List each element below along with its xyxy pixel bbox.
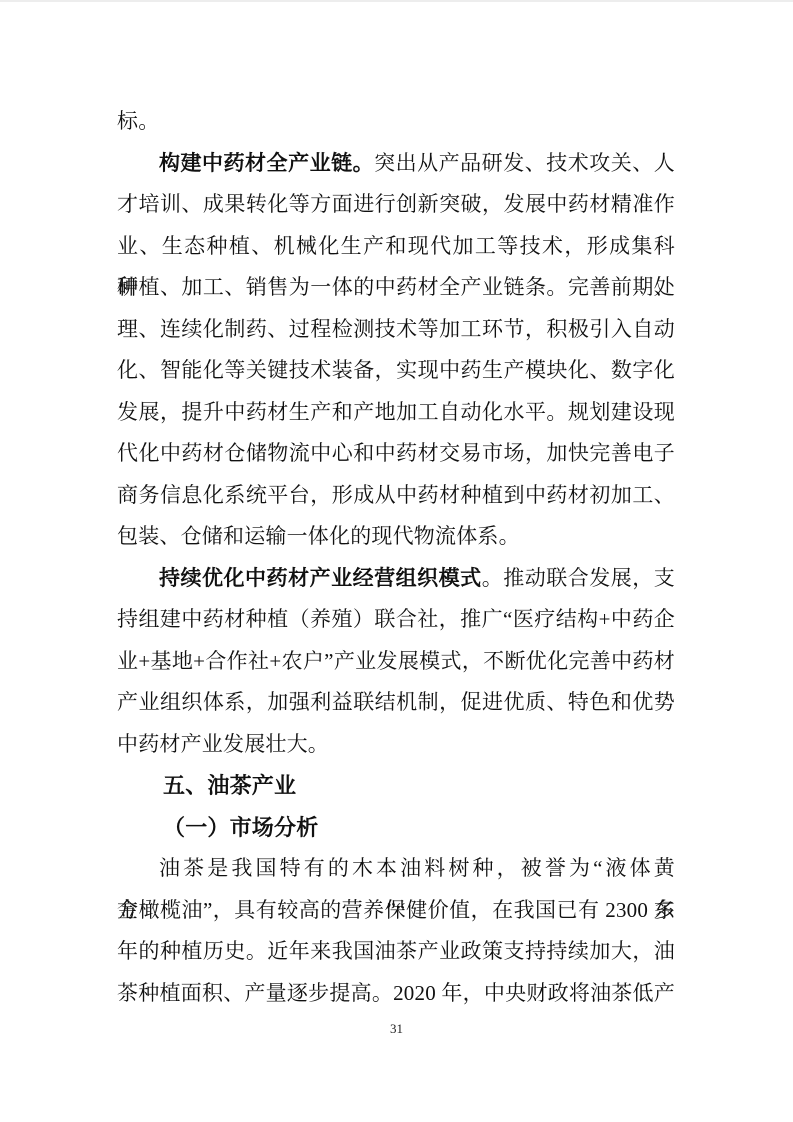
text-line: 产业组织体系，加强利益联结机制，促进优质、特色和优势	[117, 682, 675, 724]
text-segment: 持组建中药材种植（养殖）联合社，推广“医疗结构+中药企	[117, 607, 675, 631]
heading-line: （一）市场分析	[117, 807, 675, 849]
text-segment: 产业组织体系，加强利益联结机制，促进优质、特色和优势	[117, 690, 675, 714]
text-line: 业、生态种植、机械化生产和现代加工等技术，形成集科研、	[117, 226, 675, 268]
bold-text-segment: 构建中药材全产业链。	[159, 151, 374, 175]
document-text-block: 标。构建中药材全产业链。突出从产品研发、技术攻关、人才培训、成果转化等方面进行创…	[117, 101, 675, 1014]
text-segment: 。推动联合发展，支	[482, 566, 675, 590]
text-line: 商务信息化系统平台，形成从中药材种植到中药材初加工、	[117, 475, 675, 517]
text-line: 业+基地+合作社+农户”产业发展模式，不断优化完善中药材	[117, 641, 675, 683]
text-segment: 化、智能化等关键技术装备，实现中药生产模块化、数字化	[117, 358, 675, 382]
text-segment: 中药材产业发展壮大。	[117, 732, 329, 756]
text-segment: 种植、加工、销售为一体的中药材全产业链条。完善前期处	[117, 275, 675, 299]
text-segment: 方橄榄油”，具有较高的营养保健价值，在我国已有 2300 多	[117, 898, 675, 922]
text-line: 持续优化中药材产业经营组织模式。推动联合发展，支	[117, 558, 675, 600]
heading-line: 五、油茶产业	[117, 765, 675, 807]
text-segment: 包装、仓储和运输一体化的现代物流体系。	[117, 524, 520, 548]
text-segment: 业+基地+合作社+农户”产业发展模式，不断优化完善中药材	[117, 649, 675, 673]
text-line: 方橄榄油”，具有较高的营养保健价值，在我国已有 2300 多	[117, 890, 675, 932]
text-line: 发展，提升中药材生产和产地加工自动化水平。规划建设现	[117, 392, 675, 434]
text-line: 种植、加工、销售为一体的中药材全产业链条。完善前期处	[117, 267, 675, 309]
document-page: 标。构建中药材全产业链。突出从产品研发、技术攻关、人才培训、成果转化等方面进行创…	[0, 0, 793, 1122]
bold-text-segment: 五、油茶产业	[163, 773, 296, 798]
text-line: 持组建中药材种植（养殖）联合社，推广“医疗结构+中药企	[117, 599, 675, 641]
text-line: 才培训、成果转化等方面进行创新突破，发展中药材精准作	[117, 184, 675, 226]
text-segment: 商务信息化系统平台，形成从中药材种植到中药材初加工、	[117, 483, 675, 507]
text-segment: 标。	[117, 109, 159, 133]
text-segment: 发展，提升中药材生产和产地加工自动化水平。规划建设现	[117, 400, 675, 424]
text-line: 油茶是我国特有的木本油料树种，被誉为“液体黄金”“东	[117, 848, 675, 890]
text-segment: 才培训、成果转化等方面进行创新突破，发展中药材精准作	[117, 192, 675, 216]
text-segment: 突出从产品研发、技术攻关、人	[374, 151, 675, 175]
text-line: 包装、仓储和运输一体化的现代物流体系。	[117, 516, 675, 558]
bold-text-segment: 持续优化中药材产业经营组织模式	[159, 566, 482, 590]
text-segment: 理、连续化制药、过程检测技术等加工环节，积极引入自动	[117, 317, 675, 341]
page-number: 31	[0, 1021, 793, 1037]
text-line: 中药材产业发展壮大。	[117, 724, 675, 766]
text-line: 化、智能化等关键技术装备，实现中药生产模块化、数字化	[117, 350, 675, 392]
text-line: 标。	[117, 101, 675, 143]
text-line: 代化中药材仓储物流中心和中药材交易市场，加快完善电子	[117, 433, 675, 475]
text-segment: 代化中药材仓储物流中心和中药材交易市场，加快完善电子	[117, 441, 675, 465]
text-segment: 年的种植历史。近年来我国油茶产业政策支持持续加大，油	[117, 939, 675, 963]
text-line: 茶种植面积、产量逐步提高。2020 年，中央财政将油茶低产	[117, 973, 675, 1015]
bold-text-segment: （一）市场分析	[163, 815, 318, 840]
text-line: 年的种植历史。近年来我国油茶产业政策支持持续加大，油	[117, 931, 675, 973]
text-segment: 茶种植面积、产量逐步提高。2020 年，中央财政将油茶低产	[117, 981, 675, 1005]
text-line: 理、连续化制药、过程检测技术等加工环节，积极引入自动	[117, 309, 675, 351]
text-line: 构建中药材全产业链。突出从产品研发、技术攻关、人	[117, 143, 675, 185]
